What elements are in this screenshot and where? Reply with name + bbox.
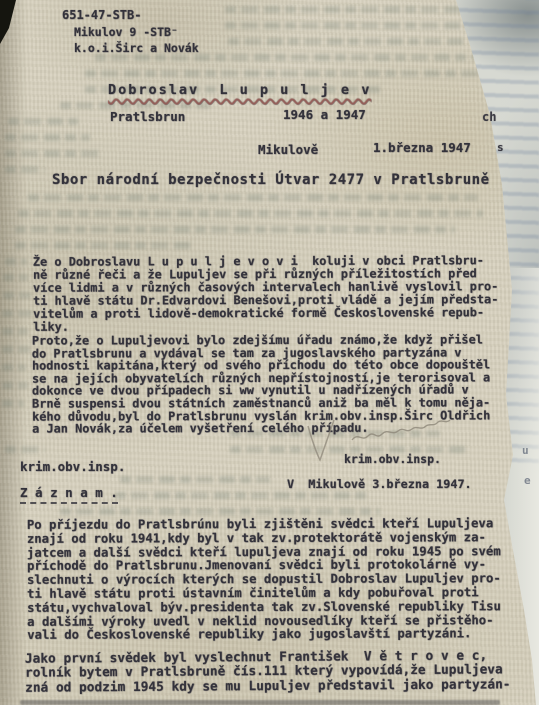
text-line: vali do Československé republiky jako ju… [27, 628, 501, 643]
text-line: liky. [33, 319, 498, 334]
unit-line: Sbor národní bezpečnosti Útvar 2477 v Pr… [52, 172, 490, 188]
period-label: 1946 a 1947 [283, 107, 366, 122]
station-line: Mikulov 9 -STB⁻ [74, 25, 178, 39]
document-photo: 651-47-STB- Mikulov 9 -STB⁻ k.o.i.Širc a… [0, 0, 539, 705]
paragraph-intro: Že o Dobroslavu L u p u l j e v o v i ko… [33, 254, 499, 333]
officers-line: k.o.i.Širc a Novák [74, 41, 199, 55]
record-heading-text: Z á z n a m . [20, 485, 118, 504]
dateline-date: 1.března 1947 [373, 140, 471, 155]
handwritten-signature [300, 416, 475, 466]
edge-fragment-right2: e [524, 474, 531, 487]
record-place-date: V Mikulově 3.března 1947. [287, 477, 472, 491]
text-line: vitelům a proti lidově-demokratické form… [33, 306, 498, 321]
text-line: zná od podzim 1945 kdy se mu Lupuljev př… [25, 678, 510, 696]
edge-fragment-top: ch [482, 110, 496, 124]
signature-title-left: krim.obv.insp. [20, 459, 125, 474]
paragraph-record: Po příjezdu do Pratlsbrúnu byli zjištěni… [27, 517, 501, 643]
subject-name: Dobroslav L u p u l j e v [108, 82, 371, 98]
dateline-place: Mikulově [258, 142, 318, 157]
place-label: Pratlsbrun [110, 109, 185, 124]
typewritten-page: 651-47-STB- Mikulov 9 -STB⁻ k.o.i.Širc a… [0, 0, 539, 705]
file-number: 651-47-STB- [62, 8, 141, 22]
edge-fragment-right1: u [522, 444, 529, 457]
edge-fragment-mid: s [497, 141, 504, 154]
record-heading: Z á z n a m . [20, 485, 118, 500]
paragraph-witness: Jako první svědek byl vyslechnut Františ… [25, 649, 511, 695]
